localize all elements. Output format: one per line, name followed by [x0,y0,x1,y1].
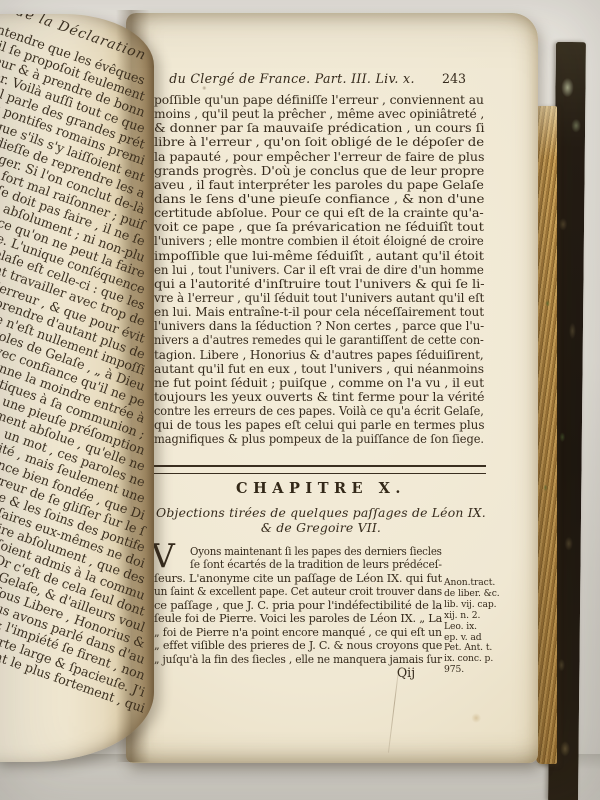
text-line: poſſible qu'un pape définiſſe l'erreur ,… [154,89,484,103]
text-line: tagion. Libere , Honorius & d'autres pap… [154,344,484,358]
body-paragraph-1: poſſible qu'un pape définiſſe l'erreur ,… [154,89,484,443]
text-line: en lui. Mais entraîne-t-il pour cela néc… [154,301,484,315]
signature-mark: Qij [366,665,446,680]
text-line: qui de tous les papes eſt celui qui parl… [154,414,484,428]
margin-note-line: 975. [444,665,520,676]
text-line: nivers a d'autres remedes qui le garanti… [154,329,484,343]
text-line: ſeule foi de Pierre. Voici les paroles d… [154,607,442,620]
text-line: l'univers dans la ſéduction ? Non certes… [154,315,484,329]
text-line: dans le ſens d'une pieuſe confiance , & … [154,188,484,202]
gutter-shadow [116,10,150,762]
chapter-divider-rule [154,465,486,474]
text-line: ſeurs. L'anonyme cite un paſſage de Léon… [154,567,442,580]
chapter-subtitle-line2: & de Gregoire VII. [136,520,506,535]
chapter-heading: CHAPITRE X. [126,480,516,497]
text-line: „ foi de Pierre n'a point encore manqué … [154,621,442,634]
text-line: qui a l'autorité d'inſtruire tout l'univ… [154,273,484,287]
text-line: l'univers ; elle montre combien il étoit… [154,230,484,244]
text-line: autant qu'il fut en eux , tout l'univers… [154,358,484,372]
margin-note-line: Leo. ix. [444,622,520,633]
right-page-content: du Clergé de France. Part. III. Liv. x. … [126,13,538,763]
text-line: moins , qu'il peut la prêcher , même ave… [154,103,484,117]
body-paragraph-2: Oyons maintenant ſi les papes des dernie… [154,540,442,661]
text-line: & donner par ſa mauvaiſe prédication , u… [154,117,484,131]
text-line: un ſaint & excellent pape. Cet auteur cr… [154,580,442,593]
gilt-fore-edge [536,106,557,764]
running-header: du Clergé de France. Part. III. Liv. x. … [152,71,466,86]
text-line: ne fut point ſéduit ; puiſque , comme on… [154,372,484,386]
text-line: en lui , tout l'univers. Car il eſt vrai… [154,259,484,273]
text-line: vre à l'erreur , qu'il ſéduit tout l'uni… [154,287,484,301]
text-line: aveu , il faut interpréter les paroles d… [154,174,484,188]
margin-notes: Anon.tract.de liber. &c.lib. vij. cap.xi… [444,578,520,676]
text-line: Oyons maintenant ſi les papes des dernie… [190,540,442,553]
text-line: magnifiques & plus pompeux de la puiſſan… [154,428,484,442]
text-line: certitude abſolue. Pour ce qui eſt de la… [154,202,484,216]
text-line: la papauté , pour empêcher l'erreur de f… [154,146,484,160]
page-number: 243 [432,71,466,86]
right-page: du Clergé de France. Part. III. Liv. x. … [126,13,538,763]
text-line: libre à l'erreur , qu'on ſoit obligé de … [154,131,484,145]
text-line: „ effet viſible des prieres de J. C. & n… [154,634,442,647]
text-line: toujours les yeux ouverts & tint ferme p… [154,386,484,400]
running-header-title: du Clergé de France. Part. III. Liv. x. [152,71,432,86]
book-photo: du Clergé de France. Part. III. Liv. x. … [0,0,600,800]
margin-note-line: xij. n. 2. [444,611,520,622]
text-line: ſe ſont écartés de la tradition de leurs… [190,553,442,566]
chapter-subtitle-line1: Objections tirées de quelques paſſages d… [136,505,506,520]
text-line: voit ce pape , que ſa prévarication ne ſ… [154,216,484,230]
text-line: grands progrès. D'où je conclus que de l… [154,160,484,174]
text-line: impoſſible que lui-même ſéduiſît , autan… [154,245,484,259]
text-line: contre les erreurs de ces papes. Voilà c… [154,400,484,414]
text-line: ce paſſage , que J. C. pria pour l'indéf… [154,594,442,607]
